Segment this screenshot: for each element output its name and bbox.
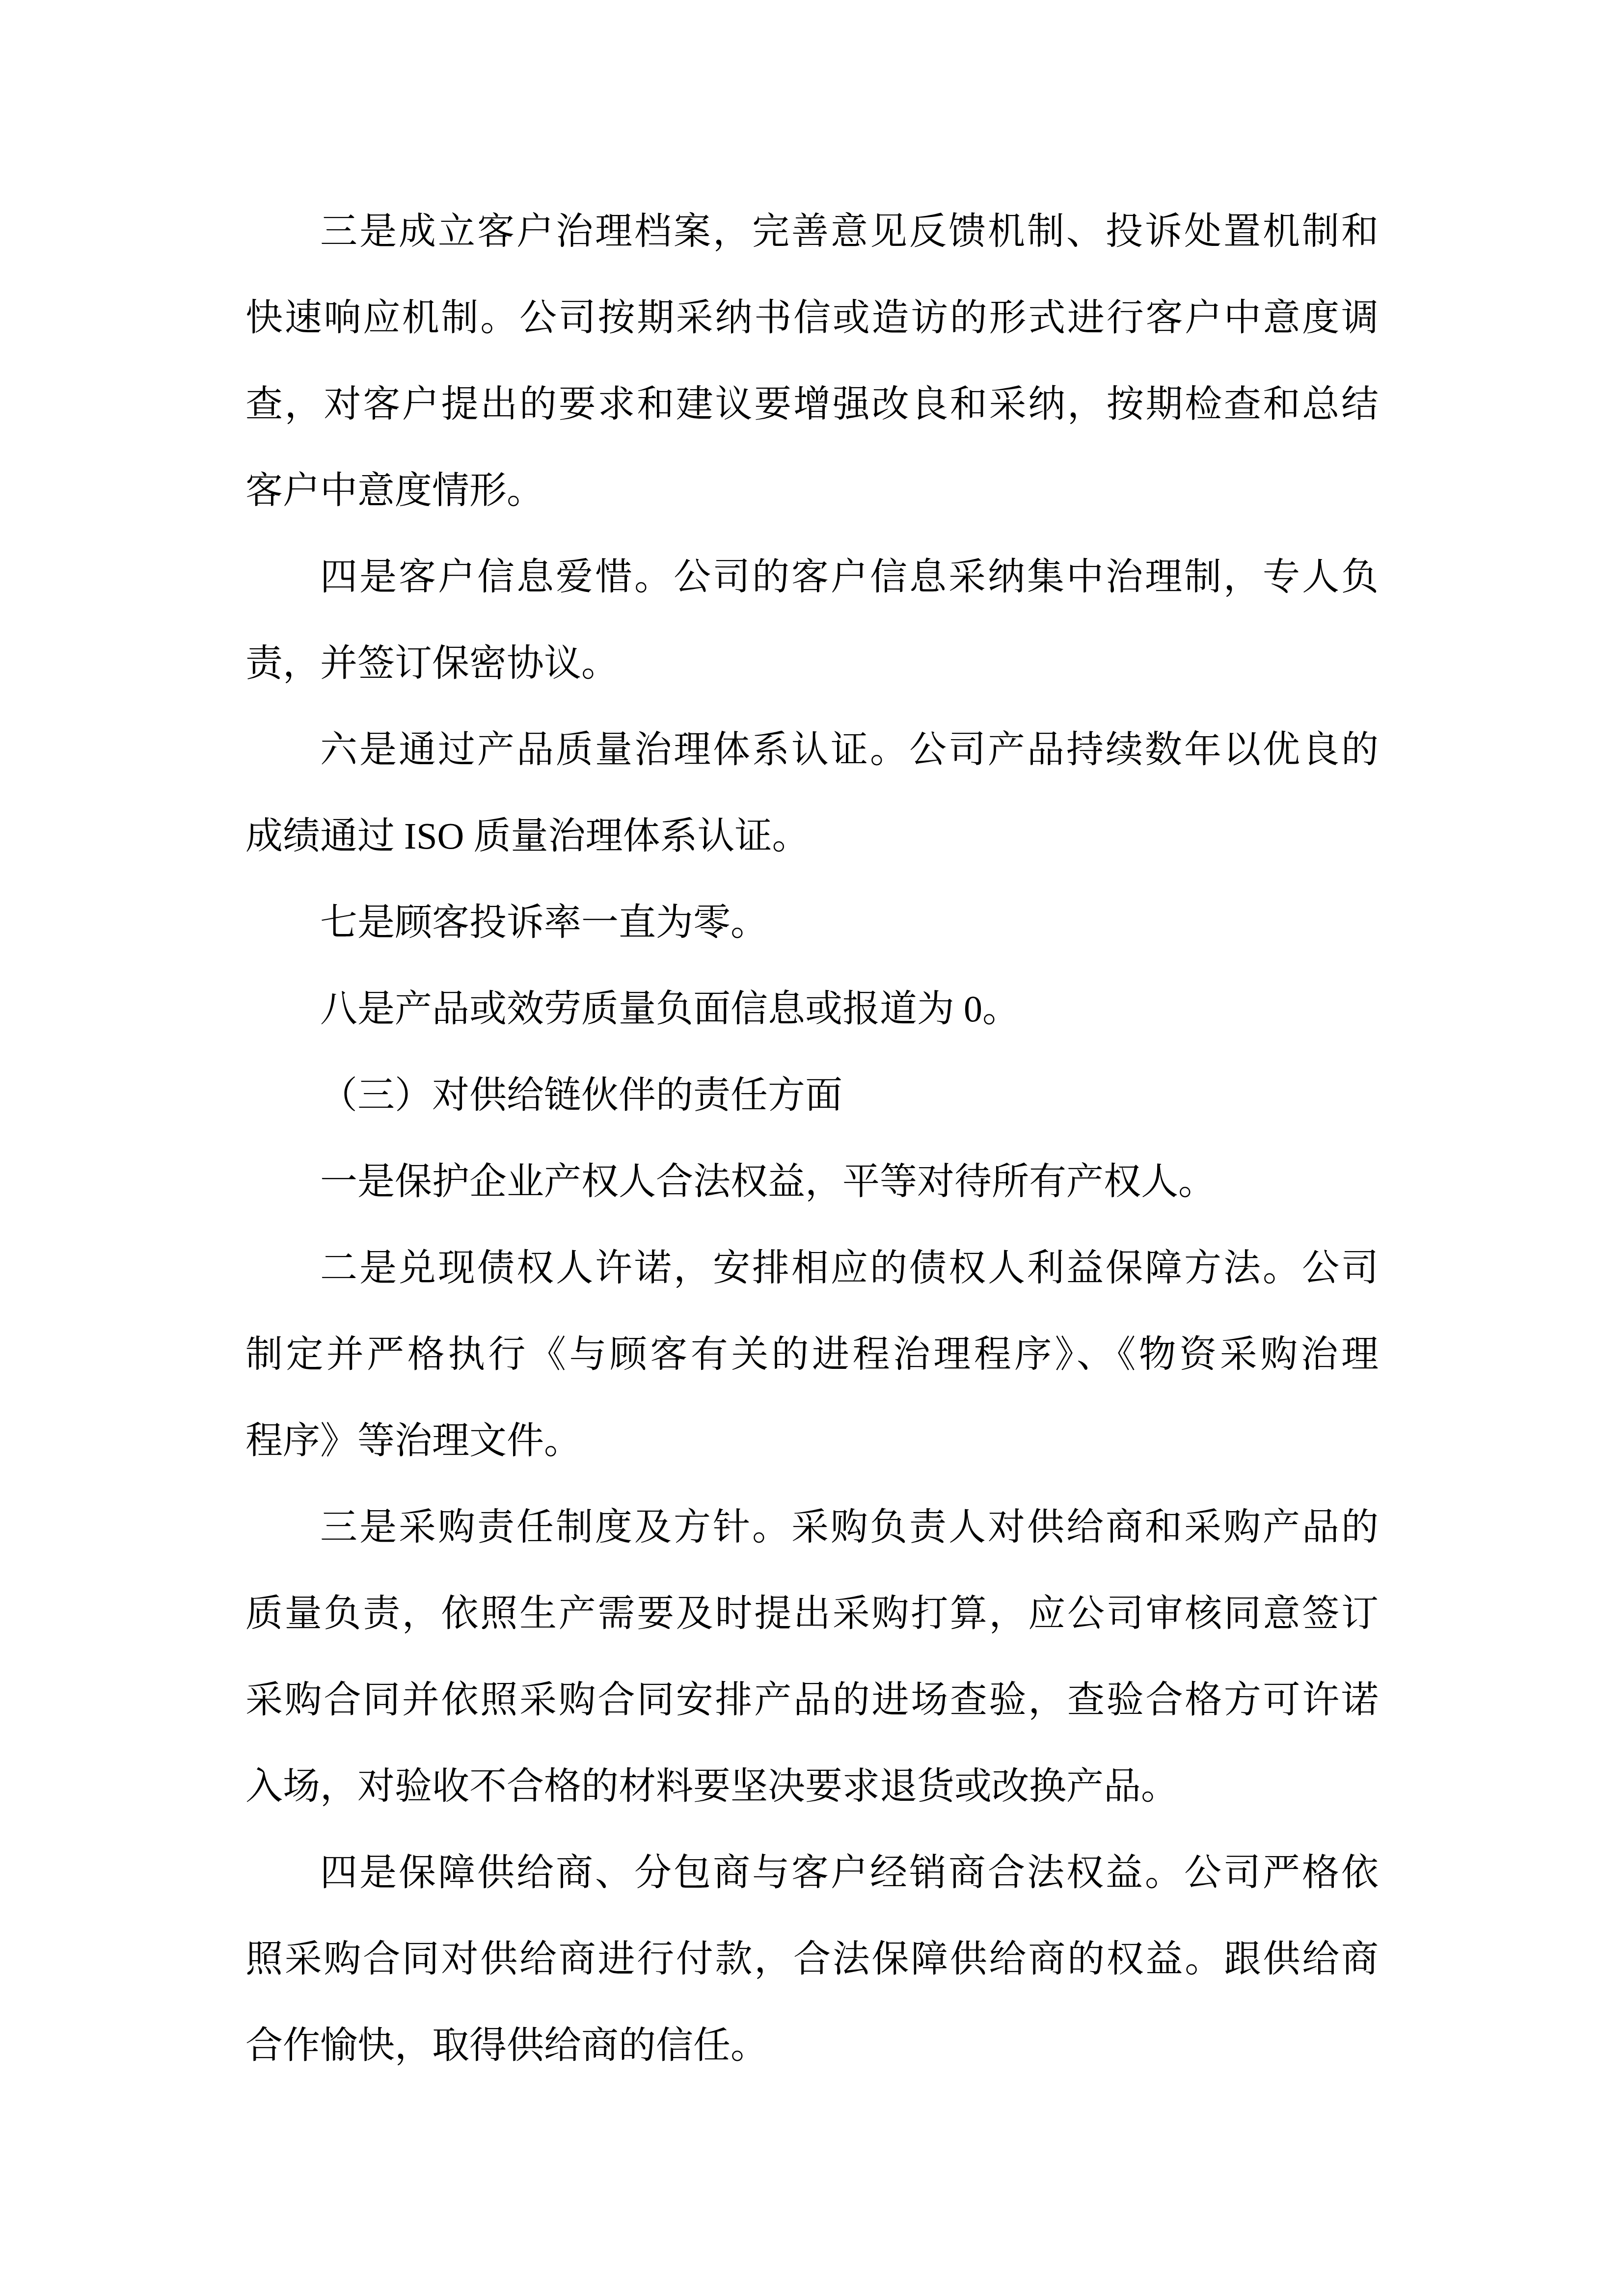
paragraph-8-line-1: 二是兑现债权人许诺，安排相应的债权人利益保障方法。公司 bbox=[245, 1225, 1379, 1311]
paragraph-1-line-4: 客户中意度情形。 bbox=[245, 448, 1379, 534]
paragraph-1-line-3: 查，对客户提出的要求和建议要增强改良和采纳，按期检查和总结 bbox=[245, 361, 1379, 448]
paragraph-9-line-4: 入场，对验收不合格的材料要坚决要求退货或改换产品。 bbox=[245, 1743, 1379, 1830]
paragraph-3-line-1: 六是通过产品质量治理体系认证。公司产品持续数年以优良的 bbox=[245, 707, 1379, 793]
paragraph-9-line-2: 质量负责，依照生产需要及时提出采购打算，应公司审核同意签订 bbox=[245, 1571, 1379, 1657]
document-page: 三是成立客户治理档案，完善意见反馈机制、投诉处置机制和快速响应机制。公司按期采纳… bbox=[0, 0, 1624, 2296]
paragraph-10-line-2: 照采购合同对供给商进行付款，合法保障供给商的权益。跟供给商 bbox=[245, 1916, 1379, 2002]
paragraph-4-line-1: 七是顾客投诉率一直为零。 bbox=[245, 880, 1379, 966]
paragraph-1-line-1: 三是成立客户治理档案，完善意见反馈机制、投诉处置机制和 bbox=[245, 188, 1379, 275]
paragraph-2-line-1: 四是客户信息爱惜。公司的客户信息采纳集中治理制，专人负 bbox=[245, 534, 1379, 620]
paragraph-8-line-3: 程序》等治理文件。 bbox=[245, 1398, 1379, 1484]
paragraph-3-line-2: 成绩通过 ISO 质量治理体系认证。 bbox=[245, 793, 1379, 880]
paragraph-1-line-2: 快速响应机制。公司按期采纳书信或造访的形式进行客户中意度调 bbox=[245, 275, 1379, 361]
paragraph-6-line-1: （三）对供给链伙伴的责任方面 bbox=[245, 1052, 1379, 1139]
paragraph-8-line-2: 制定并严格执行《与顾客有关的进程治理程序》、《物资采购治理 bbox=[245, 1311, 1379, 1398]
paragraph-2-line-2: 责，并签订保密协议。 bbox=[245, 620, 1379, 707]
paragraph-10-line-3: 合作愉快，取得供给商的信任。 bbox=[245, 2002, 1379, 2089]
paragraph-10-line-1: 四是保障供给商、分包商与客户经销商合法权益。公司严格依 bbox=[245, 1830, 1379, 1916]
paragraph-5-line-1: 八是产品或效劳质量负面信息或报道为 0。 bbox=[245, 966, 1379, 1052]
paragraph-9-line-1: 三是采购责任制度及方针。采购负责人对供给商和采购产品的 bbox=[245, 1484, 1379, 1571]
paragraph-9-line-3: 采购合同并依照采购合同安排产品的进场查验，查验合格方可许诺 bbox=[245, 1657, 1379, 1743]
paragraph-7-line-1: 一是保护企业产权人合法权益，平等对待所有产权人。 bbox=[245, 1139, 1379, 1225]
